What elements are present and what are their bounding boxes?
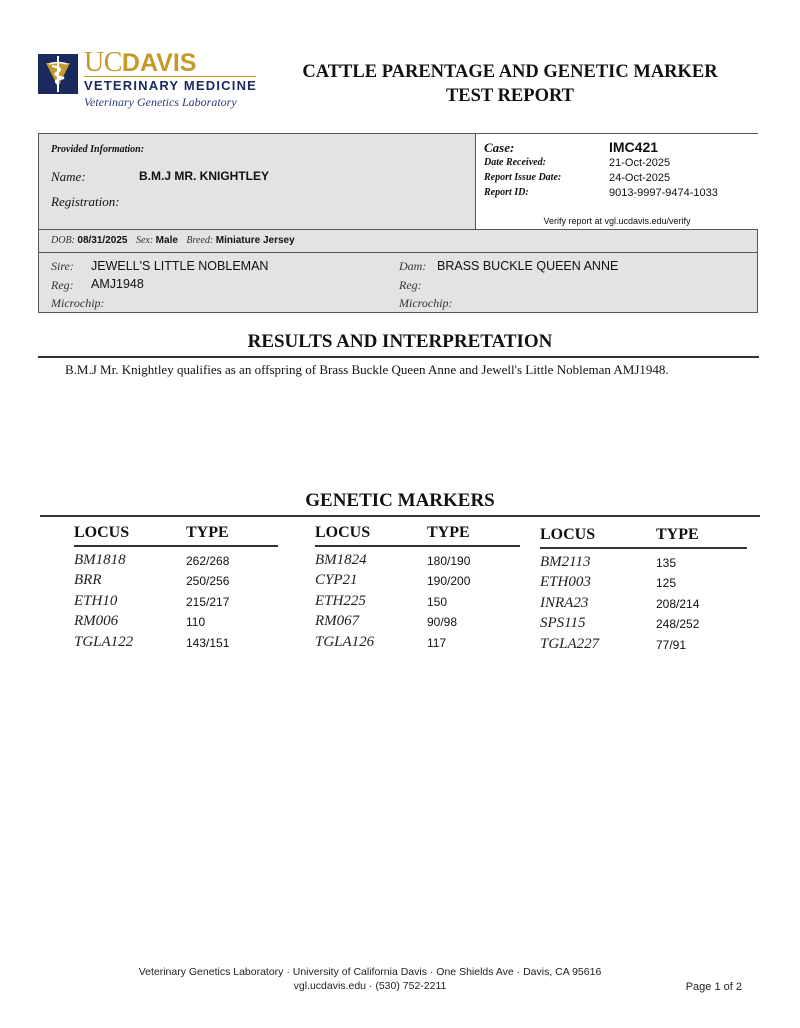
case-label: Case: xyxy=(484,140,514,156)
marker-row: TGLA22777/91 xyxy=(540,633,747,653)
logo-school: VETERINARY MEDICINE xyxy=(84,78,257,94)
marker-row: ETH10215/217 xyxy=(74,590,278,610)
results-title: RESULTS AND INTERPRETATION xyxy=(0,331,800,353)
report-title-line2: TEST REPORT xyxy=(285,84,735,108)
allele-type: 180/190 xyxy=(427,554,470,568)
logo-wordmark: UCDAVIS xyxy=(84,48,196,78)
locus-name: TGLA227 xyxy=(540,636,599,653)
dam-microchip-label: Microchip: xyxy=(399,296,453,311)
logo-lab: Veterinary Genetics Laboratory xyxy=(84,95,237,109)
case-panel: Case: IMC421 Date Received: 21-Oct-2025 … xyxy=(475,134,758,229)
locus-name: ETH10 xyxy=(74,593,117,610)
locus-name: CYP21 xyxy=(315,572,358,589)
footer-contact: vgl.ucdavis.edu · (530) 752-2211 xyxy=(0,980,740,992)
type-header: TYPE xyxy=(427,524,470,542)
type-header: TYPE xyxy=(186,524,229,542)
footer-address: Veterinary Genetics Laboratory · Univers… xyxy=(0,966,740,978)
dam-reg-label: Reg: xyxy=(399,278,422,293)
allele-type: 125 xyxy=(656,576,676,590)
locus-name: RM006 xyxy=(74,613,118,630)
provided-information: Provided Information: Name: B.M.J MR. KN… xyxy=(39,134,475,229)
sex-label: Sex: xyxy=(136,235,153,246)
locus-name: ETH003 xyxy=(540,574,591,591)
locus-name: SPS115 xyxy=(540,615,586,632)
case-value: IMC421 xyxy=(609,139,658,155)
locus-name: RM067 xyxy=(315,613,359,630)
allele-type: 117 xyxy=(427,636,446,650)
allele-type: 262/268 xyxy=(186,554,229,568)
issue-date-label: Report Issue Date: xyxy=(484,172,561,183)
breed-label: Breed: xyxy=(186,235,213,246)
dam-label: Dam: xyxy=(399,259,426,274)
marker-row: TGLA126117 xyxy=(315,631,520,651)
sex-value: Male xyxy=(156,235,178,246)
provided-header: Provided Information: xyxy=(51,144,144,155)
sire-reg-label: Reg: xyxy=(51,278,74,293)
date-received-value: 21-Oct-2025 xyxy=(609,157,670,169)
name-value: B.M.J MR. KNIGHTLEY xyxy=(139,169,269,183)
markers-header-row: LOCUSTYPE xyxy=(315,524,520,547)
markers-table-1: LOCUSTYPEBM1818262/268BRR250/256ETH10215… xyxy=(74,524,278,651)
marker-row: CYP21190/200 xyxy=(315,569,520,589)
type-header: TYPE xyxy=(656,526,699,544)
locus-name: BM2113 xyxy=(540,554,591,571)
markers-table-2: LOCUSTYPEBM1824180/190CYP21190/200ETH225… xyxy=(315,524,520,651)
sire-label: Sire: xyxy=(51,259,74,274)
markers-header-row: LOCUSTYPE xyxy=(74,524,278,547)
allele-type: 150 xyxy=(427,595,447,609)
issue-date-value: 24-Oct-2025 xyxy=(609,172,670,184)
marker-row: BM2113135 xyxy=(540,551,747,571)
caduceus-icon xyxy=(38,54,78,94)
locus-header: LOCUS xyxy=(74,524,129,542)
locus-name: ETH225 xyxy=(315,593,366,610)
locus-name: TGLA122 xyxy=(74,634,133,651)
dob-label: DOB: xyxy=(51,235,75,246)
marker-row: INRA23208/214 xyxy=(540,592,747,612)
report-title-line1: CATTLE PARENTAGE AND GENETIC MARKER xyxy=(285,60,735,84)
sire-name: JEWELL'S LITTLE NOBLEMAN xyxy=(91,259,268,273)
verify-link[interactable]: Verify report at vgl.ucdavis.edu/verify xyxy=(476,216,758,226)
allele-type: 190/200 xyxy=(427,574,470,588)
logo-rule xyxy=(84,76,256,77)
dob-value: 08/31/2025 xyxy=(77,235,127,246)
marker-row: TGLA122143/151 xyxy=(74,631,278,651)
allele-type: 248/252 xyxy=(656,617,699,631)
parents-section: Sire: JEWELL'S LITTLE NOBLEMAN Reg: AMJ1… xyxy=(39,253,757,313)
markers-title: GENETIC MARKERS xyxy=(0,490,800,512)
sire-microchip-label: Microchip: xyxy=(51,296,105,311)
marker-row: ETH225150 xyxy=(315,590,520,610)
locus-name: BM1818 xyxy=(74,552,126,569)
locus-header: LOCUS xyxy=(540,526,595,544)
marker-row: RM006110 xyxy=(74,610,278,630)
registration-label: Registration: xyxy=(51,194,120,210)
marker-row: BRR250/256 xyxy=(74,569,278,589)
results-divider xyxy=(38,356,759,358)
ucdavis-vetmed-logo: UCDAVIS VETERINARY MEDICINE Veterinary G… xyxy=(38,52,268,114)
locus-header: LOCUS xyxy=(315,524,370,542)
breed-value: Miniature Jersey xyxy=(216,235,295,246)
name-label: Name: xyxy=(51,169,86,185)
marker-row: BM1824180/190 xyxy=(315,549,520,569)
marker-row: RM06790/98 xyxy=(315,610,520,630)
marker-row: SPS115248/252 xyxy=(540,612,747,632)
report-id-label: Report ID: xyxy=(484,187,529,198)
allele-type: 215/217 xyxy=(186,595,229,609)
marker-row: ETH003125 xyxy=(540,571,747,591)
locus-name: BRR xyxy=(74,572,102,589)
page-number: Page 1 of 2 xyxy=(686,981,742,993)
report-title: CATTLE PARENTAGE AND GENETIC MARKER TEST… xyxy=(285,60,735,108)
report-id-value: 9013-9997-9474-1033 xyxy=(609,187,718,199)
allele-type: 135 xyxy=(656,556,676,570)
allele-type: 77/91 xyxy=(656,638,686,652)
locus-name: BM1824 xyxy=(315,552,367,569)
allele-type: 143/151 xyxy=(186,636,229,650)
allele-type: 250/256 xyxy=(186,574,229,588)
allele-type: 208/214 xyxy=(656,597,699,611)
markers-header-row: LOCUSTYPE xyxy=(540,526,747,549)
animal-details-row: DOB: 08/31/2025 Sex: Male Breed: Miniatu… xyxy=(39,229,757,253)
info-box: Provided Information: Name: B.M.J MR. KN… xyxy=(38,133,758,313)
dam-name: BRASS BUCKLE QUEEN ANNE xyxy=(437,259,618,273)
markers-divider xyxy=(40,515,760,517)
marker-row: BM1818262/268 xyxy=(74,549,278,569)
date-received-label: Date Received: xyxy=(484,157,546,168)
locus-name: INRA23 xyxy=(540,595,588,612)
results-interpretation: B.M.J Mr. Knightley qualifies as an offs… xyxy=(65,362,669,378)
allele-type: 110 xyxy=(186,615,205,629)
locus-name: TGLA126 xyxy=(315,634,374,651)
allele-type: 90/98 xyxy=(427,615,457,629)
markers-table-3: LOCUSTYPEBM2113135ETH003125INRA23208/214… xyxy=(540,526,747,653)
sire-reg-value: AMJ1948 xyxy=(91,277,144,291)
